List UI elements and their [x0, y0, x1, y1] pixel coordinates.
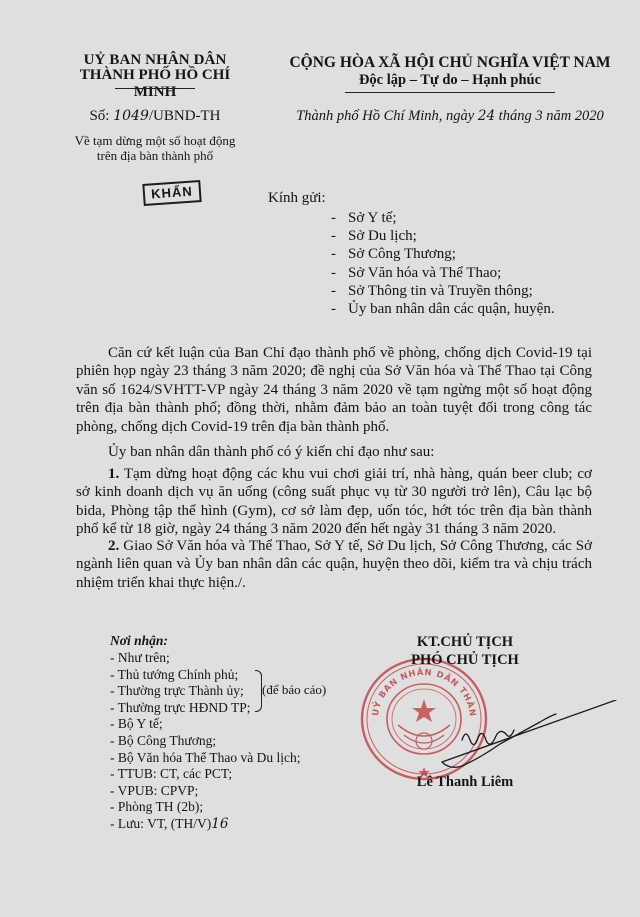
subject-line-1: Về tạm dừng một số hoạt động [60, 133, 250, 149]
cc-item-text: - Thủ tướng Chính phủ; [110, 667, 238, 682]
addressee-item: -Sở Y tế; [331, 210, 397, 227]
agency-underline [115, 88, 195, 89]
directive-item-1: 1. Tạm dừng hoạt động các khu vui chơi g… [76, 465, 592, 539]
addressee-text: Sở Công Thương; [348, 246, 456, 262]
cc-item: - Phòng TH (2b); [110, 799, 203, 815]
cc-item-text: - Bộ Văn hóa Thể Thao và Du lịch; [110, 750, 300, 765]
signer-name: Lê Thanh Liêm [395, 774, 535, 791]
signature-title-line2: PHÓ CHỦ TỊCH [395, 652, 535, 669]
cc-item-text: - Bộ Y tế; [110, 716, 163, 731]
cc-item-text: - Thường trực HĐND TP; [110, 700, 251, 715]
cc-item: - Thường trực HĐND TP; [110, 700, 251, 716]
urgent-stamp: KHẨN [142, 180, 201, 206]
number-handwritten: 1049 [113, 108, 149, 124]
addressee-text: Sở Văn hóa và Thể Thao; [348, 265, 501, 281]
cc-title: Nơi nhận: [110, 633, 168, 649]
item-2-text: Giao Sở Văn hóa và Thể Thao, Sở Y tế, Sở… [76, 538, 592, 591]
cc-item-text: - Lưu: VT, (TH/V) [110, 816, 211, 831]
national-title: CỘNG HÒA XÃ HỘI CHỦ NGHĨA VIỆT NAM [285, 54, 615, 72]
signature-title-line1: KT.CHỦ TỊCH [395, 634, 535, 651]
cc-item: - Thủ tướng Chính phủ; [110, 667, 238, 683]
bullet-dash: - [331, 301, 348, 318]
item-1-number: 1. [108, 466, 119, 482]
cc-item: - VPUB: CPVP; [110, 783, 198, 799]
brace-note: (để báo cáo) [262, 682, 326, 698]
bullet-dash: - [331, 283, 348, 300]
addressee-text: Sở Thông tin và Truyền thông; [348, 283, 533, 299]
addressee-item: -Ủy ban nhân dân các quận, huyện. [331, 301, 555, 318]
lead-text: Ủy ban nhân dân thành phố có ý kiến chỉ … [108, 444, 434, 460]
cc-item: - Bộ Công Thương; [110, 733, 216, 749]
bullet-dash: - [331, 265, 348, 282]
cc-item-text: - VPUB: CPVP; [110, 783, 198, 798]
addressee-item: -Sở Thông tin và Truyền thông; [331, 283, 533, 300]
document-number: Số: 1049/UBND-TH [60, 108, 250, 125]
subject-line-2: trên địa bàn thành phố [60, 148, 250, 164]
cc-item: - Lưu: VT, (TH/V)16 [110, 816, 228, 832]
paragraph-lead: Ủy ban nhân dân thành phố có ý kiến chỉ … [76, 443, 592, 461]
motto-underline [345, 92, 555, 93]
cc-item-text: - Thường trực Thành ủy; [110, 683, 244, 698]
number-prefix: Số: [89, 108, 113, 124]
addressee-text: Sở Du lịch; [348, 228, 417, 244]
cc-item: - Như trên; [110, 650, 170, 666]
cc-item: - Bộ Văn hóa Thể Thao và Du lịch; [110, 750, 300, 766]
cc-item-text: - TTUB: CT, các PCT; [110, 766, 232, 781]
cc-item: - TTUB: CT, các PCT; [110, 766, 232, 782]
paragraph-basis: Căn cứ kết luận của Ban Chỉ đạo thành ph… [76, 344, 592, 436]
addressee-item: -Sở Du lịch; [331, 228, 417, 245]
date-day-handwritten: 24 [478, 108, 495, 124]
bullet-dash: - [331, 246, 348, 263]
greeting: Kính gửi: [268, 190, 326, 207]
addressee-item: -Sở Công Thương; [331, 246, 456, 263]
place-and-date: Thành phố Hồ Chí Minh, ngày 24 tháng 3 n… [285, 108, 615, 125]
item-1-text: Tạm dừng hoạt động các khu vui chơi giải… [76, 466, 592, 537]
bullet-dash: - [331, 210, 348, 227]
bullet-dash: - [331, 228, 348, 245]
brace-icon [255, 670, 262, 712]
cc-item-text: - Bộ Công Thương; [110, 733, 216, 748]
cc-item-text: - Như trên; [110, 650, 170, 665]
number-suffix: /UBND-TH [149, 108, 221, 124]
cc-handwritten-count: 16 [211, 816, 228, 832]
issuing-agency-line2: THÀNH PHỐ HỒ CHÍ MINH [58, 67, 252, 101]
cc-item: - Thường trực Thành ủy; [110, 683, 244, 699]
handwritten-signature-icon [440, 700, 620, 780]
place-date-prefix: Thành phố Hồ Chí Minh, ngày [296, 108, 478, 124]
cc-item: - Bộ Y tế; [110, 716, 163, 732]
addressee-text: Sở Y tế; [348, 210, 397, 226]
cc-item-text: - Phòng TH (2b); [110, 799, 203, 814]
national-motto: Độc lập – Tự do – Hạnh phúc [285, 72, 615, 89]
addressee-item: -Sở Văn hóa và Thể Thao; [331, 265, 501, 282]
place-date-suffix: tháng 3 năm 2020 [495, 108, 604, 124]
item-2-number: 2. [108, 538, 119, 554]
addressee-text: Ủy ban nhân dân các quận, huyện. [348, 301, 555, 317]
directive-item-2: 2. Giao Sở Văn hóa và Thể Thao, Sở Y tế,… [76, 537, 592, 592]
basis-text: Căn cứ kết luận của Ban Chỉ đạo thành ph… [76, 345, 592, 435]
